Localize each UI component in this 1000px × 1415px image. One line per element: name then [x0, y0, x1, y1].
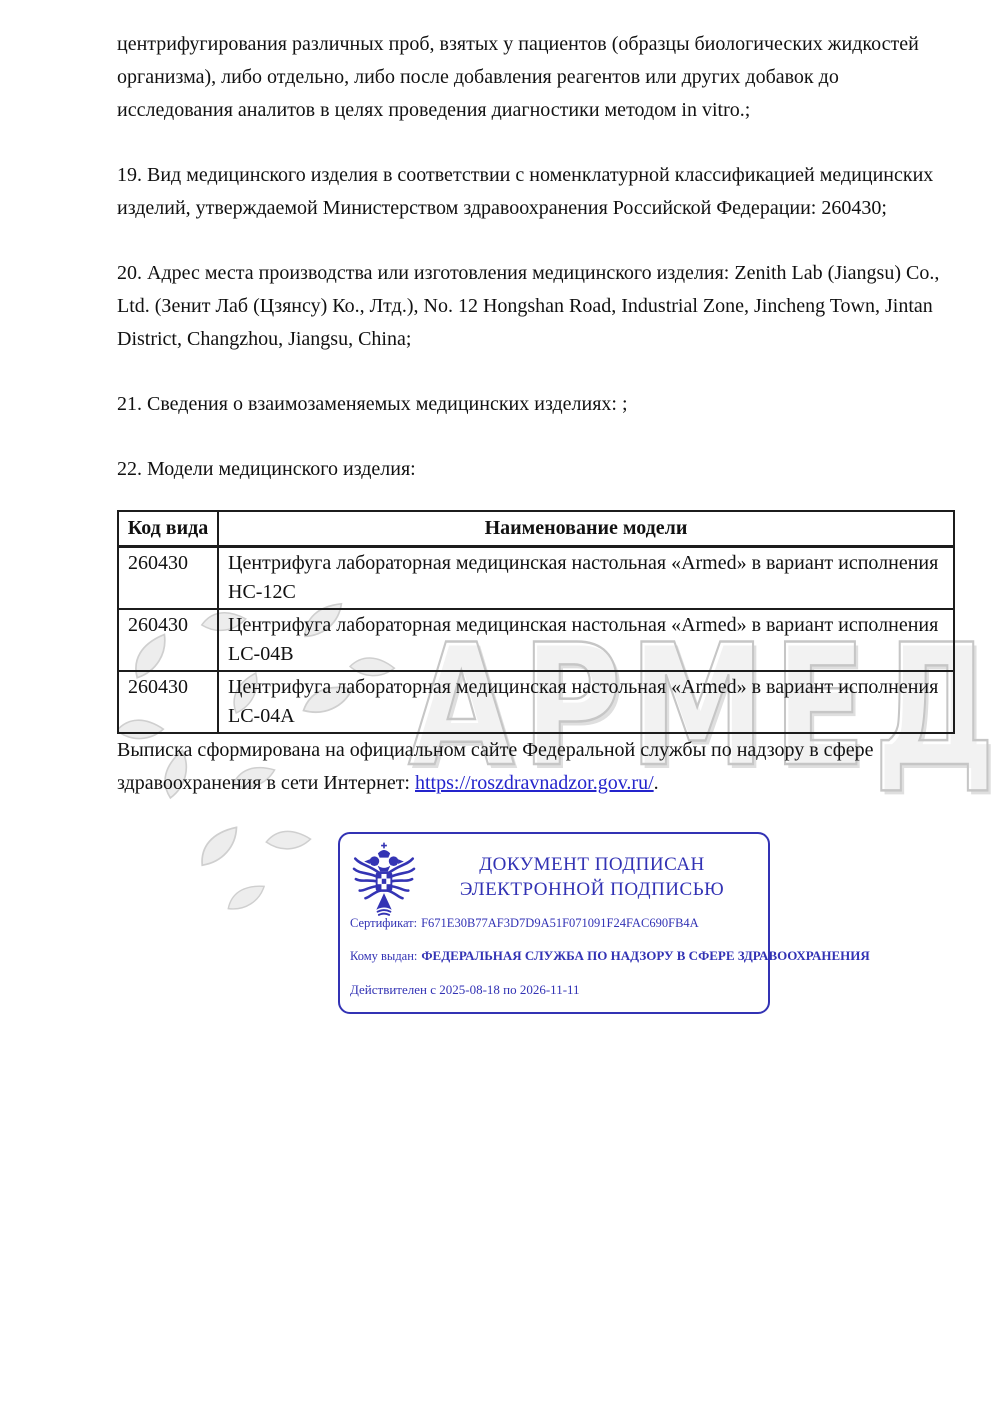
column-header-code: Код вида	[118, 511, 218, 547]
issued-to-line: Кому выдан:ФЕДЕРАЛЬНАЯ СЛУЖБА ПО НАДЗОРУ…	[350, 948, 760, 964]
coat-of-arms-icon	[352, 842, 416, 920]
stamp-title: ДОКУМЕНТ ПОДПИСАН ЭЛЕКТРОННОЙ ПОДПИСЬЮ	[426, 852, 758, 902]
table-row: 260430 Центрифуга лабораторная медицинск…	[118, 671, 954, 733]
models-table: Код вида Наименование модели 260430 Цент…	[117, 510, 955, 734]
footer-period: .	[654, 772, 659, 794]
paragraph-20: 20. Адрес места производства или изготов…	[117, 257, 955, 356]
document-page: АРМЕД центрифугирования различных проб, …	[0, 0, 1000, 1415]
stamp-title-line1: ДОКУМЕНТ ПОДПИСАН	[426, 852, 758, 877]
cell-model: Центрифуга лабораторная медицинская наст…	[218, 671, 954, 733]
issued-to-value: ФЕДЕРАЛЬНАЯ СЛУЖБА ПО НАДЗОРУ В СФЕРЕ ЗД…	[421, 948, 869, 963]
stamp-title-line2: ЭЛЕКТРОННОЙ ПОДПИСЬЮ	[426, 877, 758, 902]
footer-note: Выписка сформирована на официальном сайт…	[117, 734, 955, 800]
issued-to-label: Кому выдан:	[350, 949, 417, 963]
cell-code: 260430	[118, 547, 218, 610]
table-row: 260430 Центрифуга лабораторная медицинск…	[118, 547, 954, 610]
certificate-value: F671E30B77AF3D7D9A51F071091F24FAC690FB4A	[421, 916, 699, 930]
table-row: 260430 Центрифуга лабораторная медицинск…	[118, 609, 954, 671]
paragraph-21: 21. Сведения о взаимозаменяемых медицинс…	[117, 388, 955, 421]
cell-code: 260430	[118, 609, 218, 671]
cell-code: 260430	[118, 671, 218, 733]
roszdravnadzor-link[interactable]: https://roszdravnadzor.gov.ru/	[415, 772, 654, 794]
paragraph-22: 22. Модели медицинского изделия:	[117, 453, 955, 486]
column-header-model: Наименование модели	[218, 511, 954, 547]
document-content: центрифугирования различных проб, взятых…	[0, 0, 1000, 1014]
certificate-line: Сертификат:F671E30B77AF3D7D9A51F071091F2…	[350, 916, 760, 931]
paragraph-19: 19. Вид медицинского изделия в соответст…	[117, 159, 955, 225]
validity-line: Действителен с 2025-08-18 по 2026-11-11	[350, 982, 760, 997]
cell-model: Центрифуга лабораторная медицинская наст…	[218, 609, 954, 671]
table-header-row: Код вида Наименование модели	[118, 511, 954, 547]
cell-model: Центрифуга лабораторная медицинская наст…	[218, 547, 954, 610]
signature-stamp: ДОКУМЕНТ ПОДПИСАН ЭЛЕКТРОННОЙ ПОДПИСЬЮ С…	[338, 832, 770, 1014]
paragraph-intro: центрифугирования различных проб, взятых…	[117, 28, 955, 127]
certificate-label: Сертификат:	[350, 916, 417, 930]
